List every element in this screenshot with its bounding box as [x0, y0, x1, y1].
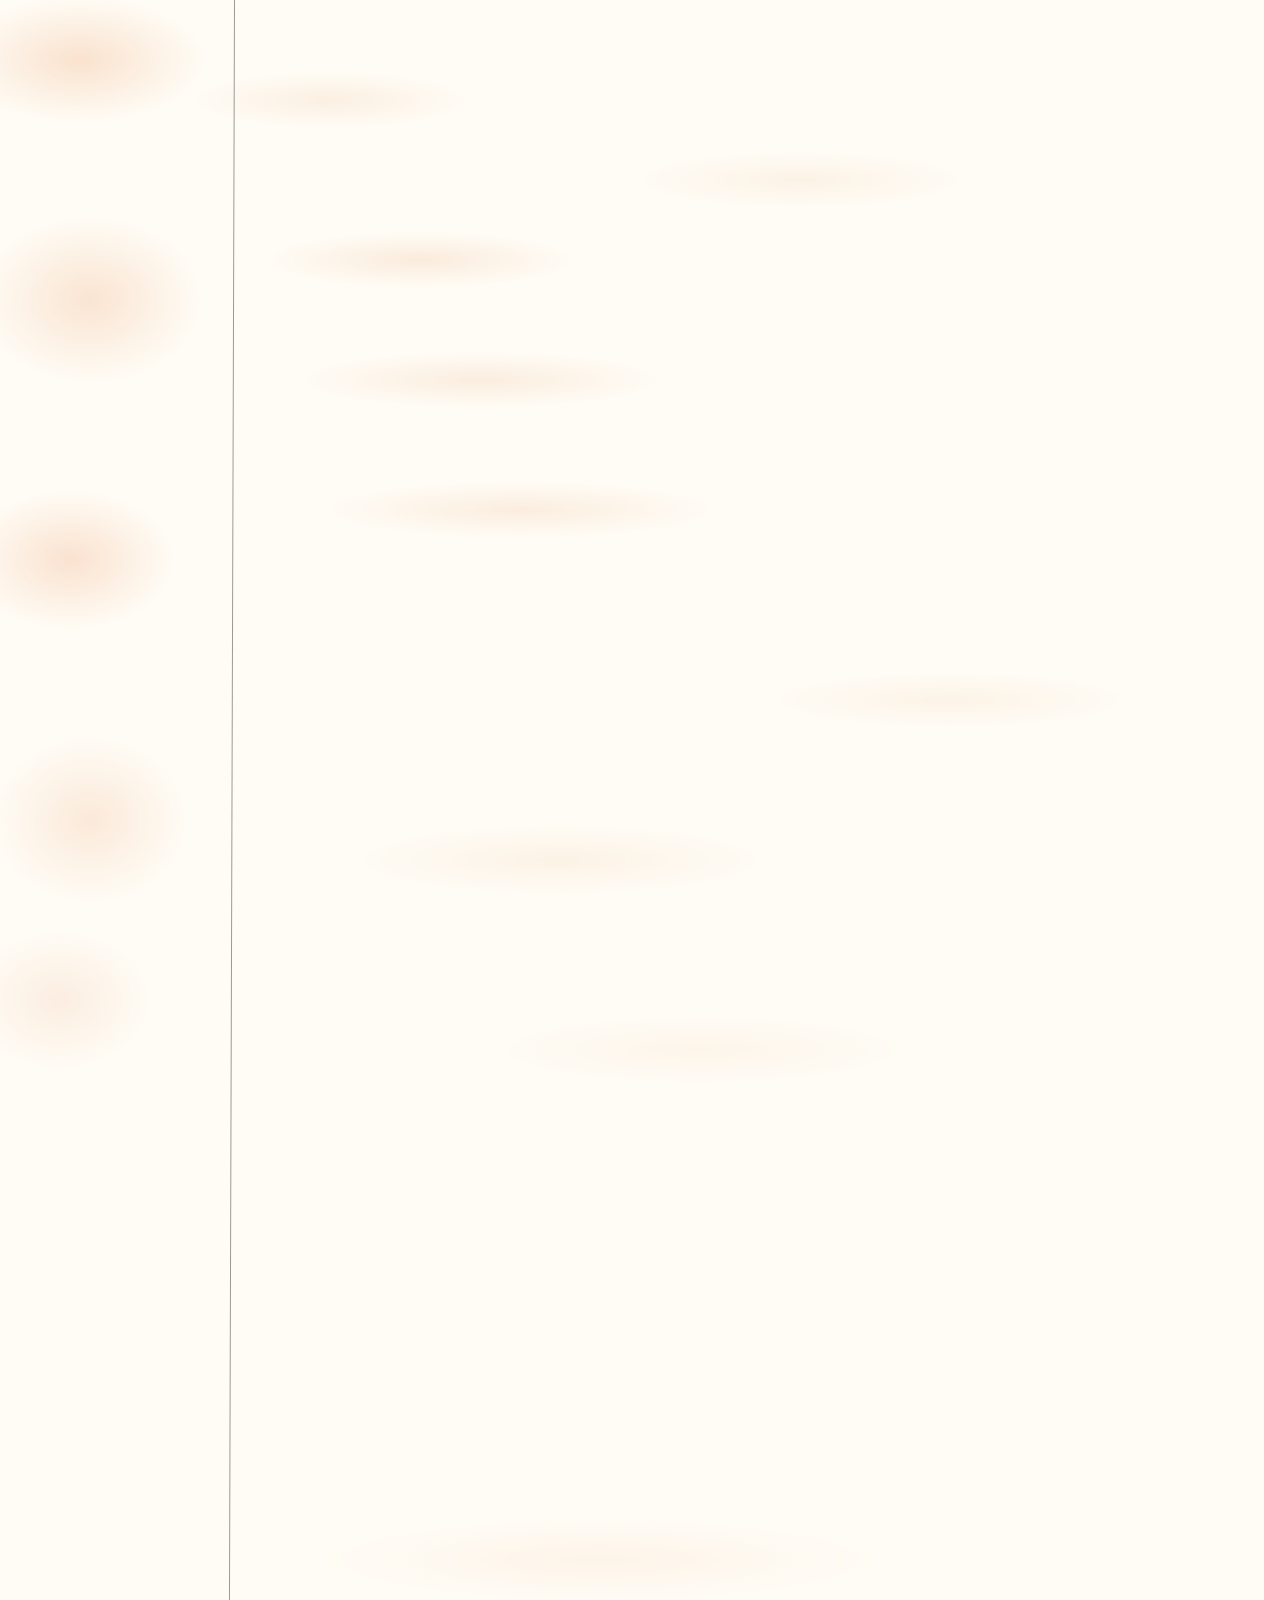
blank-paper-page: [0, 0, 1264, 1600]
vertical-margin-line: [229, 0, 235, 1600]
